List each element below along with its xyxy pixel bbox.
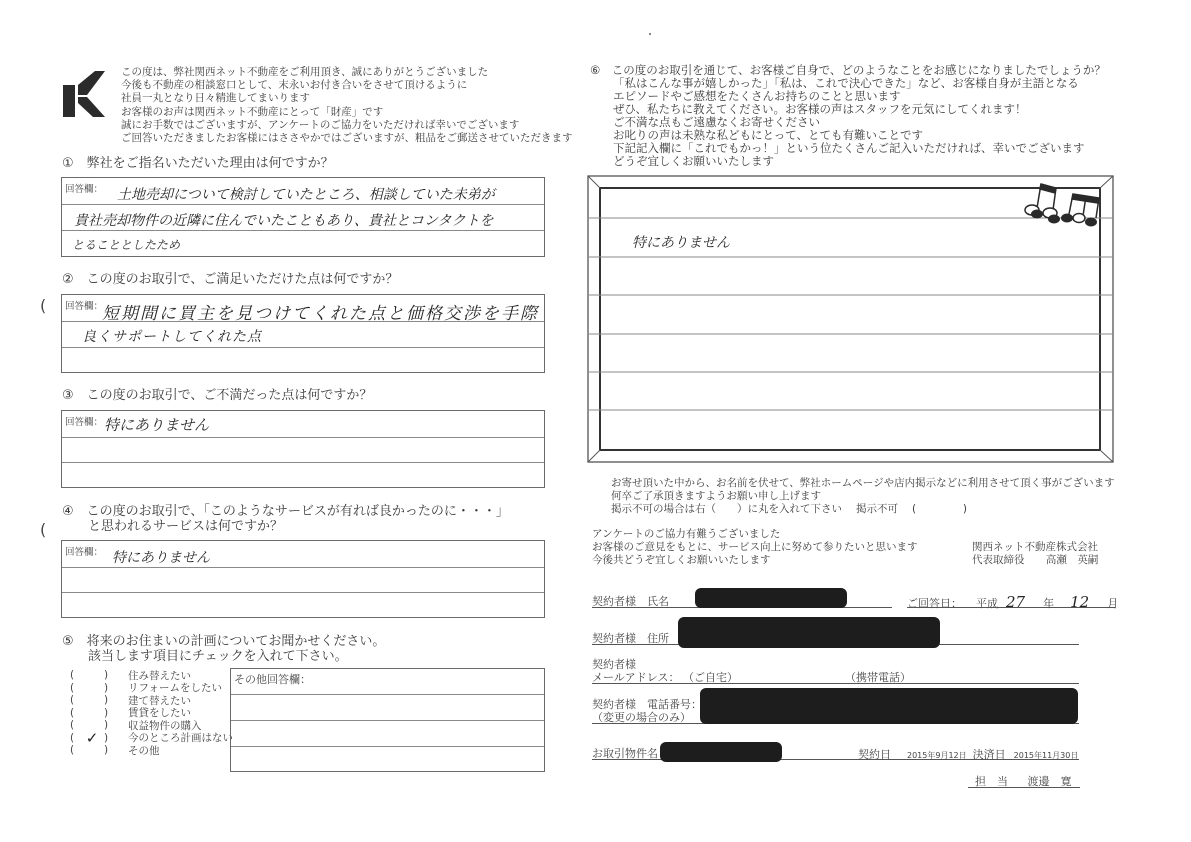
other-label: その他回答欄：: [234, 671, 311, 687]
closing-line: アンケートのご協力有難うございました: [592, 528, 918, 541]
intro-line: 社員一丸となり日々精進してまいります: [121, 92, 573, 105]
answer-date: ご回答日： 平成 27 年 12 月: [907, 593, 1118, 611]
q5-options: ()住み替えたい ()リフォームをしたい ()建て替えたい ()賃貸をしたい (…: [70, 669, 233, 757]
music-notes-icon: [1023, 180, 1105, 230]
answer-label: 回答欄：: [65, 298, 103, 312]
intro-line: この度は、弊社関西ネット不動産をご利用頂き、誠にありがとうございました: [121, 66, 573, 79]
refusal-label: 掲示不可: [856, 503, 898, 516]
answer-label: 回答欄：: [65, 414, 103, 428]
q4-question-line2: と思われるサービスは何ですか？: [88, 515, 283, 534]
intro-line: 今後も不動産の相談窓口として、末永いお付き合いをさせて頂けるように: [121, 79, 573, 92]
name-redaction: [695, 588, 847, 608]
q6-answer-frame[interactable]: 特にありません: [587, 175, 1114, 463]
checkbox-mark[interactable]: ✓: [80, 729, 104, 747]
address-redaction: [678, 617, 940, 648]
q1-answer-line: 土地売却について検討していたところ、相談していた未弟が: [117, 184, 495, 204]
q2-question: ② この度のお取引で、ご満足いただけた点は何ですか？: [62, 268, 398, 287]
property-redaction: [660, 742, 782, 762]
refusal-checkbox[interactable]: ( ): [912, 503, 967, 516]
intro-line: ご回答いただきましたお客様にはささやかではございますが、粗品をご郵送させていただ…: [121, 132, 573, 145]
q1-answer-line: とることとしたため: [72, 236, 180, 253]
contract-date-label: 契約日: [858, 746, 891, 762]
margin-mark: (: [40, 296, 46, 315]
q1-answer-line: 貴社売却物件の近隣に住んでいたこともあり、貴社とコンタクトを: [74, 210, 493, 230]
contract-date: 2015年9月12日: [907, 750, 967, 761]
refusal-instruction: 掲示不可の場合は右（ ）に丸を入れて下さい: [611, 503, 842, 516]
q3-answer-box[interactable]: 回答欄： 特にありません: [61, 410, 545, 488]
notice-line: お寄せ頂いた中から、お名前を伏せて、弊社ホームページや店内掲示などに利用させて頂…: [611, 477, 1115, 490]
publish-notice: お寄せ頂いた中から、お名前を伏せて、弊社ホームページや店内掲示などに利用させて頂…: [611, 477, 1115, 517]
scan-speck: [649, 33, 651, 35]
year-label: 年: [1043, 595, 1054, 611]
closing-line: お客様のご意見をもとに、サービス向上に努めて参りたいと思います: [592, 541, 918, 554]
settlement-date: 2015年11月30日: [1014, 750, 1079, 761]
closing-text: アンケートのご協力有難うございました お客様のご意見をもとに、サービス向上に努め…: [592, 528, 918, 568]
q5-other-box[interactable]: その他回答欄：: [230, 668, 545, 772]
intro-line: お客様のお声は関西ネット不動産にとって「財産」です: [121, 106, 573, 119]
intro-line: 誠にお手数ではございますが、アンケートのご協力をいただければ幸いでございます: [121, 119, 573, 132]
q6-text: ⑥ この度のお取引を通じて、お客様ご自身で、どのようなことをお感じになりましたで…: [590, 64, 1106, 168]
answer-date-label: ご回答日：: [907, 595, 962, 611]
closing-line: 今後共どうぞ宜しくお願いいたします: [592, 554, 918, 567]
q4-answer-box[interactable]: 回答欄： 特にありません: [61, 540, 545, 618]
q2-answer-line: 良くサポートしてくれた点: [82, 326, 262, 346]
contract-dates: 契約日 2015年9月12日 決済日 2015年11月30日: [858, 746, 1078, 762]
phone-redaction: [700, 688, 1078, 724]
representative-title: 代表取締役: [972, 554, 1025, 566]
q6-line: どうぞ宜しくお願いいたします: [590, 155, 1106, 168]
q4-answer-line: 特にありません: [112, 547, 210, 567]
representative: 代表取締役 高瀬 英嗣: [972, 554, 1098, 567]
answer-label: 回答欄：: [65, 181, 103, 195]
q2-answer-line: 短期間に買主を見つけてくれた点と価格交渉を手際: [102, 299, 539, 324]
k-logo-icon: [63, 71, 105, 117]
q2-answer-box[interactable]: 回答欄： 短期間に買主を見つけてくれた点と価格交渉を手際 良くサポートしてくれた…: [61, 294, 545, 373]
margin-mark: (: [40, 520, 46, 539]
intro-text: この度は、弊社関西ネット不動産をご利用頂き、誠にありがとうございました 今後も不…: [121, 66, 573, 145]
answer-year[interactable]: 27: [1006, 593, 1025, 611]
refusal-row: 掲示不可の場合は右（ ）に丸を入れて下さい 掲示不可 ( ): [611, 503, 1115, 516]
notice-line: 何卒ご了承頂きますようお願い申し上げます: [611, 490, 1115, 503]
month-label: 月: [1107, 595, 1118, 611]
settlement-date-label: 決済日: [973, 746, 1006, 762]
option-label: その他: [128, 743, 160, 758]
q1-answer-box[interactable]: 回答欄： 土地売却について検討していたところ、相談していた未弟が 貴社売却物件の…: [61, 177, 545, 257]
q5-question-line2: 該当します項目にチェックを入れて下さい。: [88, 645, 348, 664]
answer-label: 回答欄：: [65, 544, 103, 558]
q1-question: ① 弊社をご指名いただいた理由は何ですか？: [62, 152, 334, 171]
era-label: 平成: [976, 595, 998, 611]
representative-name: 高瀬 英嗣: [1046, 554, 1099, 566]
q6-answer: 特にありません: [632, 232, 730, 252]
answer-month[interactable]: 12: [1070, 593, 1089, 611]
q3-question: ③ この度のお取引で、ご不満だった点は何ですか？: [62, 384, 372, 403]
company-name: 関西ネット不動産株式会社: [972, 541, 1098, 554]
q3-answer-line: 特にありません: [104, 414, 209, 435]
